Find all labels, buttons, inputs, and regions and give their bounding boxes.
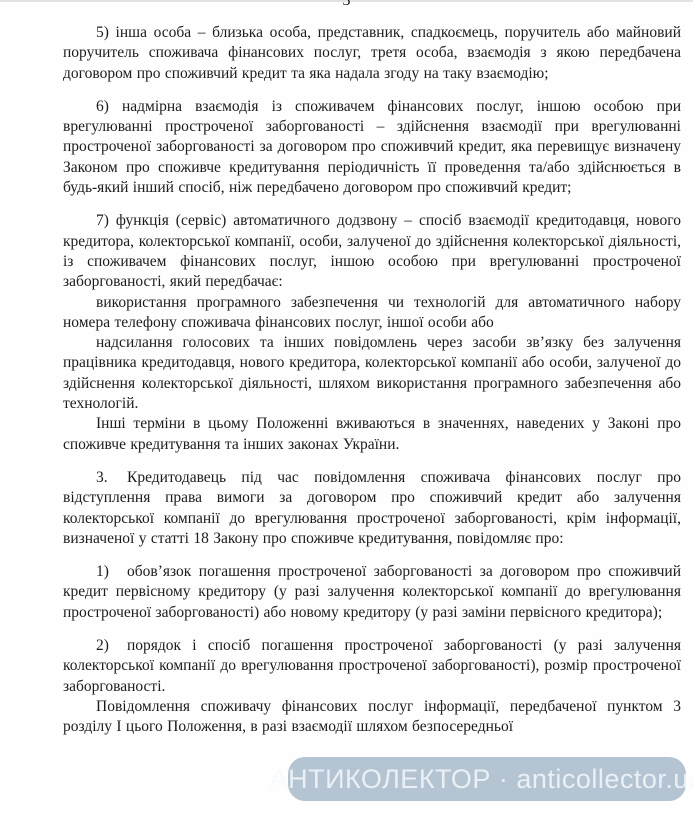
paragraph-text: 5) інша особа – близька особа, представн… <box>63 24 681 82</box>
paragraph: надсилання голосових та інших повідомлен… <box>63 333 681 414</box>
paragraph-number: 2) <box>96 636 127 656</box>
paragraph-number: 3. <box>96 468 127 488</box>
paragraph: 2)порядок і спосіб погашення прострочено… <box>63 636 681 697</box>
watermark: АНТИКОЛЕКТОР · anticollector.ua <box>288 757 686 801</box>
paragraph: використання програмного забезпечення чи… <box>63 293 681 334</box>
paragraph-text: Кредитодавець під час повідомлення спожи… <box>63 469 681 547</box>
paragraph-text: 7) функція (сервіс) автоматичного додзво… <box>63 212 681 290</box>
watermark-text: АНТИКОЛЕКТОР · anticollector.ua <box>270 764 693 795</box>
paragraph-text: надсилання голосових та інших повідомлен… <box>63 334 681 412</box>
paragraph: Повідомлення споживачу фінансових послуг… <box>63 697 681 738</box>
paragraph: 1)обов’язок погашення простроченої забор… <box>63 562 681 623</box>
paragraph: 6) надмірна взаємодія із споживачем фіна… <box>63 97 681 198</box>
paragraph-text: використання програмного забезпечення чи… <box>63 294 681 331</box>
document-body: 5) інша особа – близька особа, представн… <box>63 23 681 738</box>
paragraph-text: Інші терміни в цьому Положенні вживаютьс… <box>63 415 681 452</box>
paragraph-text: Повідомлення споживачу фінансових послуг… <box>63 698 681 735</box>
paragraph-text: порядок і спосіб погашення простроченої … <box>63 637 681 695</box>
page-number: 3 <box>0 0 693 9</box>
paragraph-number: 1) <box>96 562 127 582</box>
paragraph: 5) інша особа – близька особа, представн… <box>63 23 681 84</box>
paragraph: Інші терміни в цьому Положенні вживаютьс… <box>63 414 681 455</box>
paragraph: 7) функція (сервіс) автоматичного додзво… <box>63 211 681 292</box>
document-page: { "page": { "number": "3", "watermark": … <box>0 0 693 820</box>
paragraph-text: обов’язок погашення простроченої заборго… <box>63 563 681 621</box>
paragraph-text: 6) надмірна взаємодія із споживачем фіна… <box>63 98 681 196</box>
paragraph: 3.Кредитодавець під час повідомлення спо… <box>63 468 681 549</box>
